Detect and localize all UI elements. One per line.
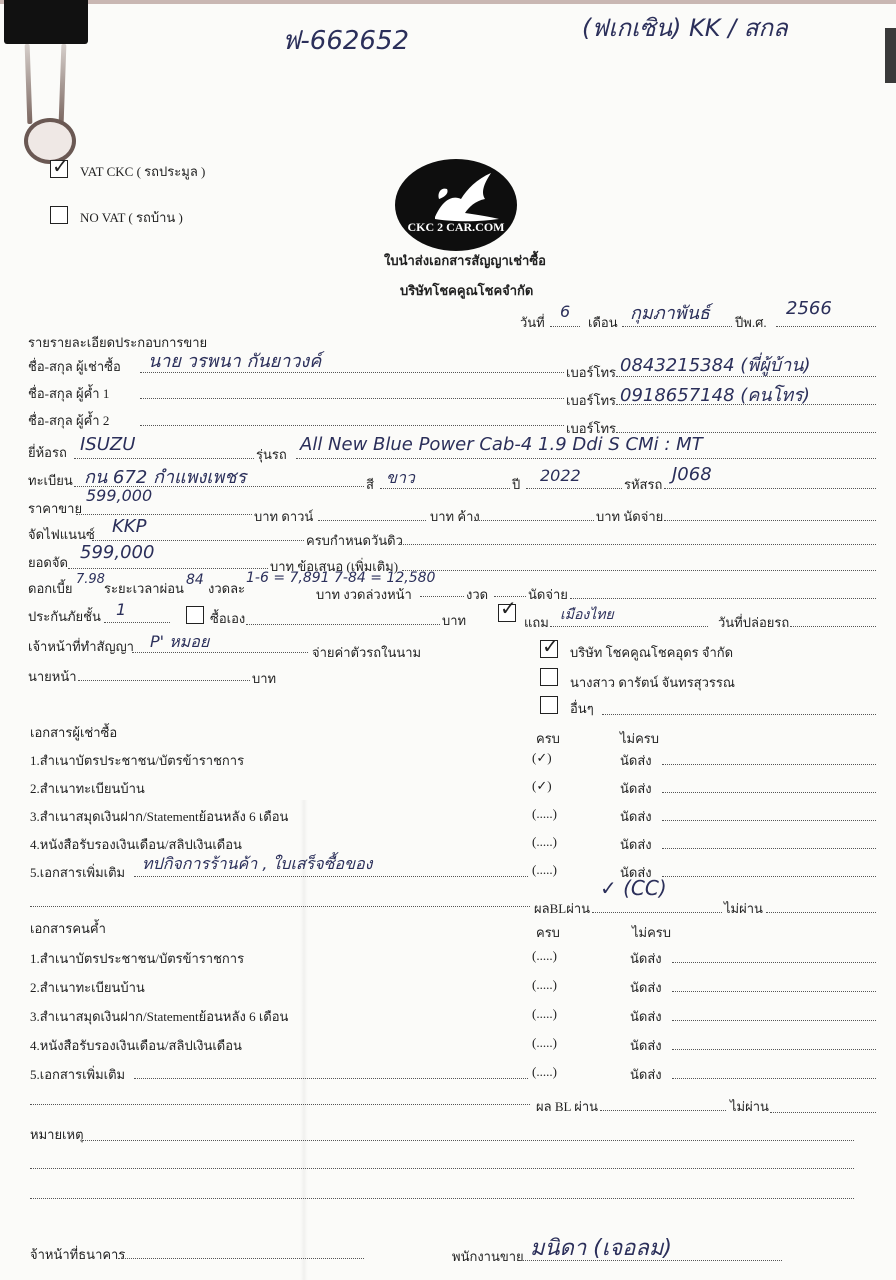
guarantor-doc-label: 1.สำเนาบัตรประชาชน/บัตรข้าราชการ	[30, 948, 244, 969]
guarantor-docs-title: เอกสารคนค้ำ	[30, 918, 106, 939]
reference-number: ฟ-662652	[282, 20, 409, 61]
buyer-doc-appoint-label: นัดส่ง	[620, 778, 652, 799]
color-value[interactable]: ขาว	[386, 466, 415, 491]
remarks-line[interactable]	[82, 1140, 854, 1141]
self-buy-label: ซื้อเอง	[210, 608, 245, 629]
payee-company-label: บริษัท โชคคูณโชคอุดร จำกัด	[570, 642, 733, 663]
buyer-doc-label: 2.สำเนาทะเบียนบ้าน	[30, 778, 145, 799]
sale-price[interactable]: 599,000	[86, 486, 152, 505]
guarantor-bl-fail-label: ไม่ผ่าน	[730, 1096, 769, 1117]
buyer-name[interactable]: นาย วรพนา กันยาวงค์	[148, 346, 321, 375]
advance-label: บาท งวดล่วงหน้า	[314, 584, 414, 605]
buyer-doc-label: 1.สำเนาบัตรประชาชน/บัตรข้าราชการ	[30, 750, 244, 771]
brand-value[interactable]: ISUZU	[80, 434, 135, 455]
binder-clip-arm	[25, 44, 33, 124]
period-label: งวด	[466, 584, 488, 605]
check-icon: ✓	[500, 598, 517, 618]
month-label: เดือน	[588, 312, 618, 333]
buyer-doc-complete-mark[interactable]: (✓)	[532, 778, 552, 794]
guarantor-doc-label: 4.หนังสือรับรองเงินเดือน/สลิปเงินเดือน	[30, 1035, 242, 1056]
phone-label: เบอร์โทร	[566, 362, 616, 383]
no-vat-checkbox[interactable]	[50, 206, 68, 224]
guarantor-docs-complete-header: ครบ	[536, 922, 560, 943]
due-date-label: ครบกำหนดวันดิว	[306, 530, 403, 551]
plate-label: ทะเบียน	[28, 470, 73, 491]
term-label: ระยะเวลาผ่อน	[104, 578, 184, 599]
payee-person-checkbox[interactable]	[540, 668, 558, 686]
sale-price-label: ราคาขาย	[28, 498, 82, 519]
guarantor-doc-appoint-field[interactable]	[672, 991, 876, 992]
guarantor-doc-appoint-label: นัดส่ง	[630, 1064, 662, 1085]
buyer-doc-appoint-field[interactable]	[662, 764, 876, 765]
guarantor-doc-complete-mark[interactable]: (.....)	[532, 977, 557, 993]
buyer-doc-complete-mark[interactable]: (.....)	[532, 862, 557, 878]
year-label: ปีพ.ศ.	[735, 312, 767, 333]
insurance-company[interactable]: เมืองไทย	[560, 604, 614, 626]
buyer-phone[interactable]: 0843215384 (พี่ผู้บ้าน)	[620, 350, 811, 379]
appoint-pay-label: บาท นัดจ่าย	[596, 506, 663, 527]
self-buy-checkbox[interactable]	[186, 606, 204, 624]
insurance-class-label: ประกันภัยชั้น	[28, 606, 101, 627]
year-label-vehicle: ปี	[512, 474, 520, 495]
pay-date-label: นัดจ่าย	[528, 584, 568, 605]
remarks-line[interactable]	[30, 1168, 854, 1169]
salesperson-label: พนักงานขาย	[452, 1246, 524, 1267]
bank-officer-label: จ้าหน้าที่ธนาคาร	[30, 1244, 125, 1265]
guarantor-doc-complete-mark[interactable]: (.....)	[532, 1006, 557, 1022]
free-label: แถม	[524, 612, 549, 633]
guarantor1-label: ชื่อ-สกุล ผู้ค้ำ 1	[28, 383, 109, 404]
document-title: ใบนำส่งเอกสารสัญญาเช่าซื้อ	[384, 250, 546, 271]
vehicle-year[interactable]: 2022	[540, 466, 581, 485]
buyer-doc-complete-mark[interactable]: (✓)	[532, 750, 552, 766]
guarantor-doc-complete-mark[interactable]: (.....)	[532, 1035, 557, 1051]
buyer-bl-fail-label: ไม่ผ่าน	[724, 898, 763, 919]
buyer-doc-complete-mark[interactable]: (.....)	[532, 834, 557, 850]
guarantor-doc-appoint-field[interactable]	[672, 1020, 876, 1021]
buyer-doc-appoint-field[interactable]	[662, 820, 876, 821]
buyer-bl-pass-value[interactable]: ✓ (CC)	[600, 876, 667, 900]
amount-label: ยอดจัด	[28, 552, 68, 573]
broker-baht-label: บาท	[252, 668, 276, 689]
top-note: (ฟเกเซิน) KK / สกล	[582, 8, 788, 47]
pay-in-name-label: จ่ายค่าตัวรถในนาม	[312, 642, 421, 663]
payee-other-label: อื่นๆ	[570, 698, 594, 719]
buyer-doc-appoint-field[interactable]	[662, 848, 876, 849]
code-label: รหัสรถ	[624, 474, 662, 495]
check-icon: ✓	[52, 156, 69, 176]
buyer-docs-complete-header: ครบ	[536, 728, 560, 749]
guarantor-bl-pass-label: ผล BL ผ่าน	[536, 1096, 598, 1117]
buyer-bl-pass-label: ผลBLผ่าน	[534, 898, 590, 919]
guarantor-doc-appoint-label: นัดส่ง	[630, 1035, 662, 1056]
buyer-doc-appoint-label: นัดส่ง	[620, 750, 652, 771]
buyer-extra-docs[interactable]: ทปกิจการร้านค้า , ใบเสร็จซื้อของ	[142, 852, 373, 877]
vehicle-code[interactable]: J068	[672, 464, 712, 485]
buyer-doc-appoint-label: นัดส่ง	[620, 834, 652, 855]
binder-clip-arm	[59, 44, 67, 124]
year-value[interactable]: 2566	[786, 298, 832, 319]
term-months[interactable]: 84	[186, 572, 204, 588]
insurance-class[interactable]: 1	[116, 600, 126, 619]
salesperson-name[interactable]: มนิดา (เจอลม)	[530, 1230, 672, 1265]
interest-label: ดอกเบี้ย	[28, 578, 72, 599]
guarantor-doc-appoint-label: นัดส่ง	[630, 1006, 662, 1027]
guarantor2-label: ชื่อ-สกุล ผู้ค้ำ 2	[28, 410, 109, 431]
day-value[interactable]: 6	[560, 302, 570, 321]
contract-officer[interactable]: P' หมอย	[150, 630, 209, 655]
model-label: รุ่นรถ	[256, 444, 287, 465]
guarantor-doc-appoint-field[interactable]	[672, 1049, 876, 1050]
guarantor-doc-complete-mark[interactable]: (.....)	[532, 1064, 557, 1080]
company-name: บริษัทโชคคูณโชคจำกัด	[400, 280, 533, 301]
buyer-doc-complete-mark[interactable]: (.....)	[532, 806, 557, 822]
guarantor-doc-appoint-label: นัดส่ง	[630, 948, 662, 969]
guarantor-docs-incomplete-header: ไม่ครบ	[632, 922, 671, 943]
buyer-doc-appoint-label: นัดส่ง	[620, 806, 652, 827]
remain-label: บาท ค้าง	[430, 506, 480, 527]
remarks-label: หมายเหตุ	[30, 1124, 84, 1145]
guarantor-doc-label: 2.สำเนาทะเบียนบ้าน	[30, 977, 145, 998]
vat-ckc-label: VAT CKC ( รถประมูล )	[80, 161, 205, 182]
buyer-doc-label: 5.เอกสารเพิ่มเติม	[30, 862, 125, 883]
phone-label: เบอร์โทร	[566, 390, 616, 411]
model-value[interactable]: All New Blue Power Cab-4 1.9 Ddi S CMi :…	[300, 434, 703, 455]
page-edge	[885, 28, 896, 83]
payee-person-label: นางสาว ดารัตน์ จันทรสุวรรณ	[570, 672, 735, 693]
color-label: สี	[366, 474, 374, 495]
brand-label: ยี่ห้อรถ	[28, 442, 67, 463]
guarantor-doc-appoint-label: นัดส่ง	[630, 977, 662, 998]
buyer-doc-label: 3.สำเนาสมุดเงินฝาก/Statementย้อนหลัง 6 เ…	[30, 806, 288, 827]
logo-text: CKC 2 CAR.COM	[395, 220, 517, 235]
guarantor-doc-complete-mark[interactable]: (.....)	[532, 948, 557, 964]
guarantor-doc-label: 3.สำเนาสมุดเงินฝาก/Statementย้อนหลัง 6 เ…	[30, 1006, 288, 1027]
contract-officer-label: เจ้าหน้าที่ทำสัญญา	[28, 636, 134, 657]
company-logo: CKC 2 CAR.COM	[395, 159, 517, 251]
finance-amount[interactable]: 599,000	[80, 542, 154, 563]
check-icon: ✓	[542, 636, 559, 656]
buyer-label: ชื่อ-สกุล ผู้เช่าซื้อ	[28, 356, 121, 377]
guarantor-doc-appoint-field[interactable]	[672, 1078, 876, 1079]
remarks-line[interactable]	[30, 1198, 854, 1199]
buyer-doc-appoint-field[interactable]	[662, 876, 876, 877]
no-vat-label: NO VAT ( รถบ้าน )	[80, 207, 183, 228]
down-label: บาท ดาวน์	[254, 506, 313, 527]
buyer-docs-incomplete-header: ไม่ครบ	[620, 728, 659, 749]
payee-other-checkbox[interactable]	[540, 696, 558, 714]
buyer-doc-appoint-field[interactable]	[662, 792, 876, 793]
baht-label: บาท	[442, 610, 466, 631]
guarantor-doc-label: 5.เอกสารเพิ่มเติม	[30, 1064, 125, 1085]
buyer-docs-title: เอกสารผู้เช่าซื้อ	[30, 722, 117, 743]
guarantor1-phone[interactable]: 0918657148 (คนโทร)	[620, 380, 810, 409]
interest-rate[interactable]: 7.98	[76, 572, 105, 587]
photo-top-edge	[0, 0, 896, 4]
release-date-label: วันที่ปล่อยรถ	[718, 612, 789, 633]
guarantor-doc-appoint-field[interactable]	[672, 962, 876, 963]
finance-company[interactable]: KKP	[112, 516, 146, 537]
day-label: วันที่	[520, 312, 545, 333]
pegasus-icon	[395, 159, 517, 251]
month-value[interactable]: กุมภาพันธ์	[630, 298, 710, 327]
installment-label: งวดละ	[208, 578, 245, 599]
binder-clip	[4, 0, 88, 44]
broker-label: นายหน้า	[28, 666, 77, 687]
